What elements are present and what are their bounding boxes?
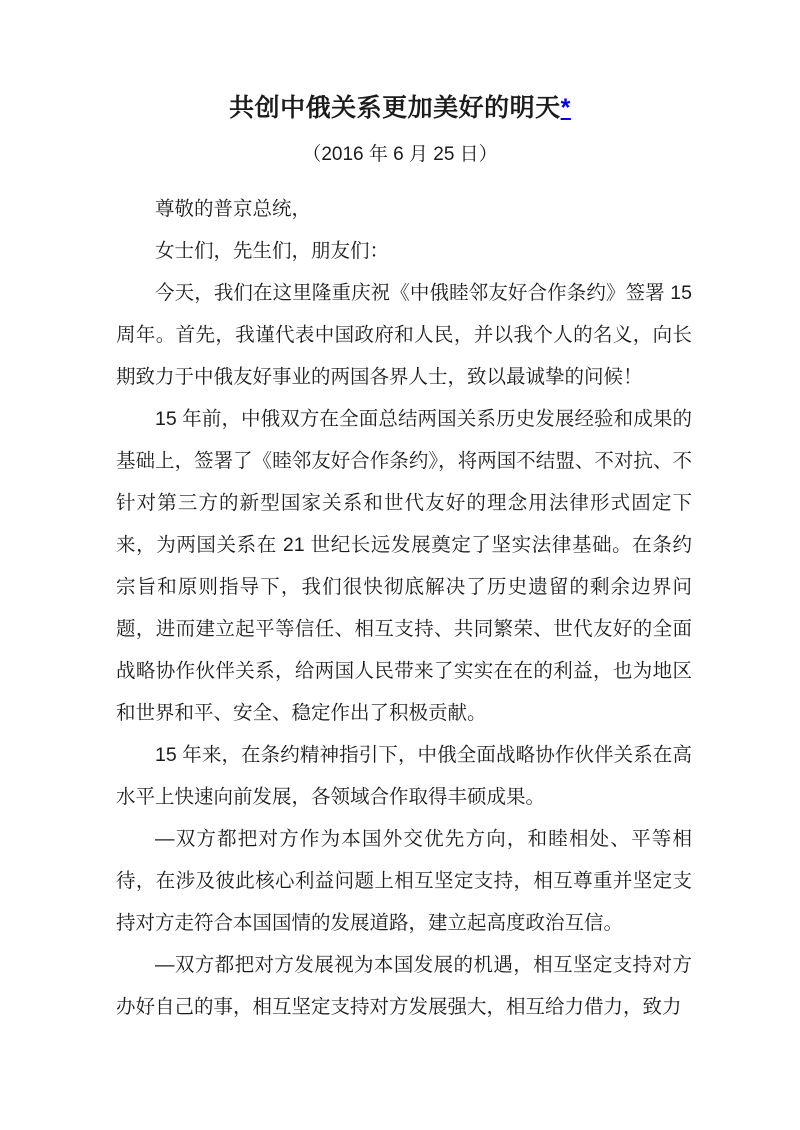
paragraph-salutation: 尊敬的普京总统， [116,188,692,230]
paragraph: —双方都把对方发展视为本国发展的机遇，相互坚定支持对方办好自己的事，相互坚定支持… [116,944,692,1028]
paragraph: —双方都把对方作为本国外交优先方向，和睦相处、平等相待，在涉及彼此核心利益问题上… [116,818,692,944]
paragraph: 15 年前，中俄双方在全面总结两国关系历史发展经验和成果的基础上，签署了《睦邻友… [116,398,692,734]
paragraph: 15 年来，在条约精神指引下，中俄全面战略协作伙伴关系在高水平上快速向前发展，各… [116,734,692,818]
paragraph: 今天，我们在这里隆重庆祝《中俄睦邻友好合作条约》签署 15 周年。首先，我谨代表… [116,272,692,398]
page-title: 共创中俄关系更加美好的明天* [0,90,800,126]
date-line: （2016 年 6 月 25 日） [0,142,800,168]
document-body: 尊敬的普京总统， 女士们，先生们，朋友们： 今天，我们在这里隆重庆祝《中俄睦邻友… [0,188,692,1028]
paragraph-greeting: 女士们，先生们，朋友们： [116,230,692,272]
footnote-asterisk-link[interactable]: * [561,94,571,122]
document-page: 共创中俄关系更加美好的明天* （2016 年 6 月 25 日） 尊敬的普京总统… [0,0,800,1130]
page-title-text: 共创中俄关系更加美好的明天 [229,94,561,122]
